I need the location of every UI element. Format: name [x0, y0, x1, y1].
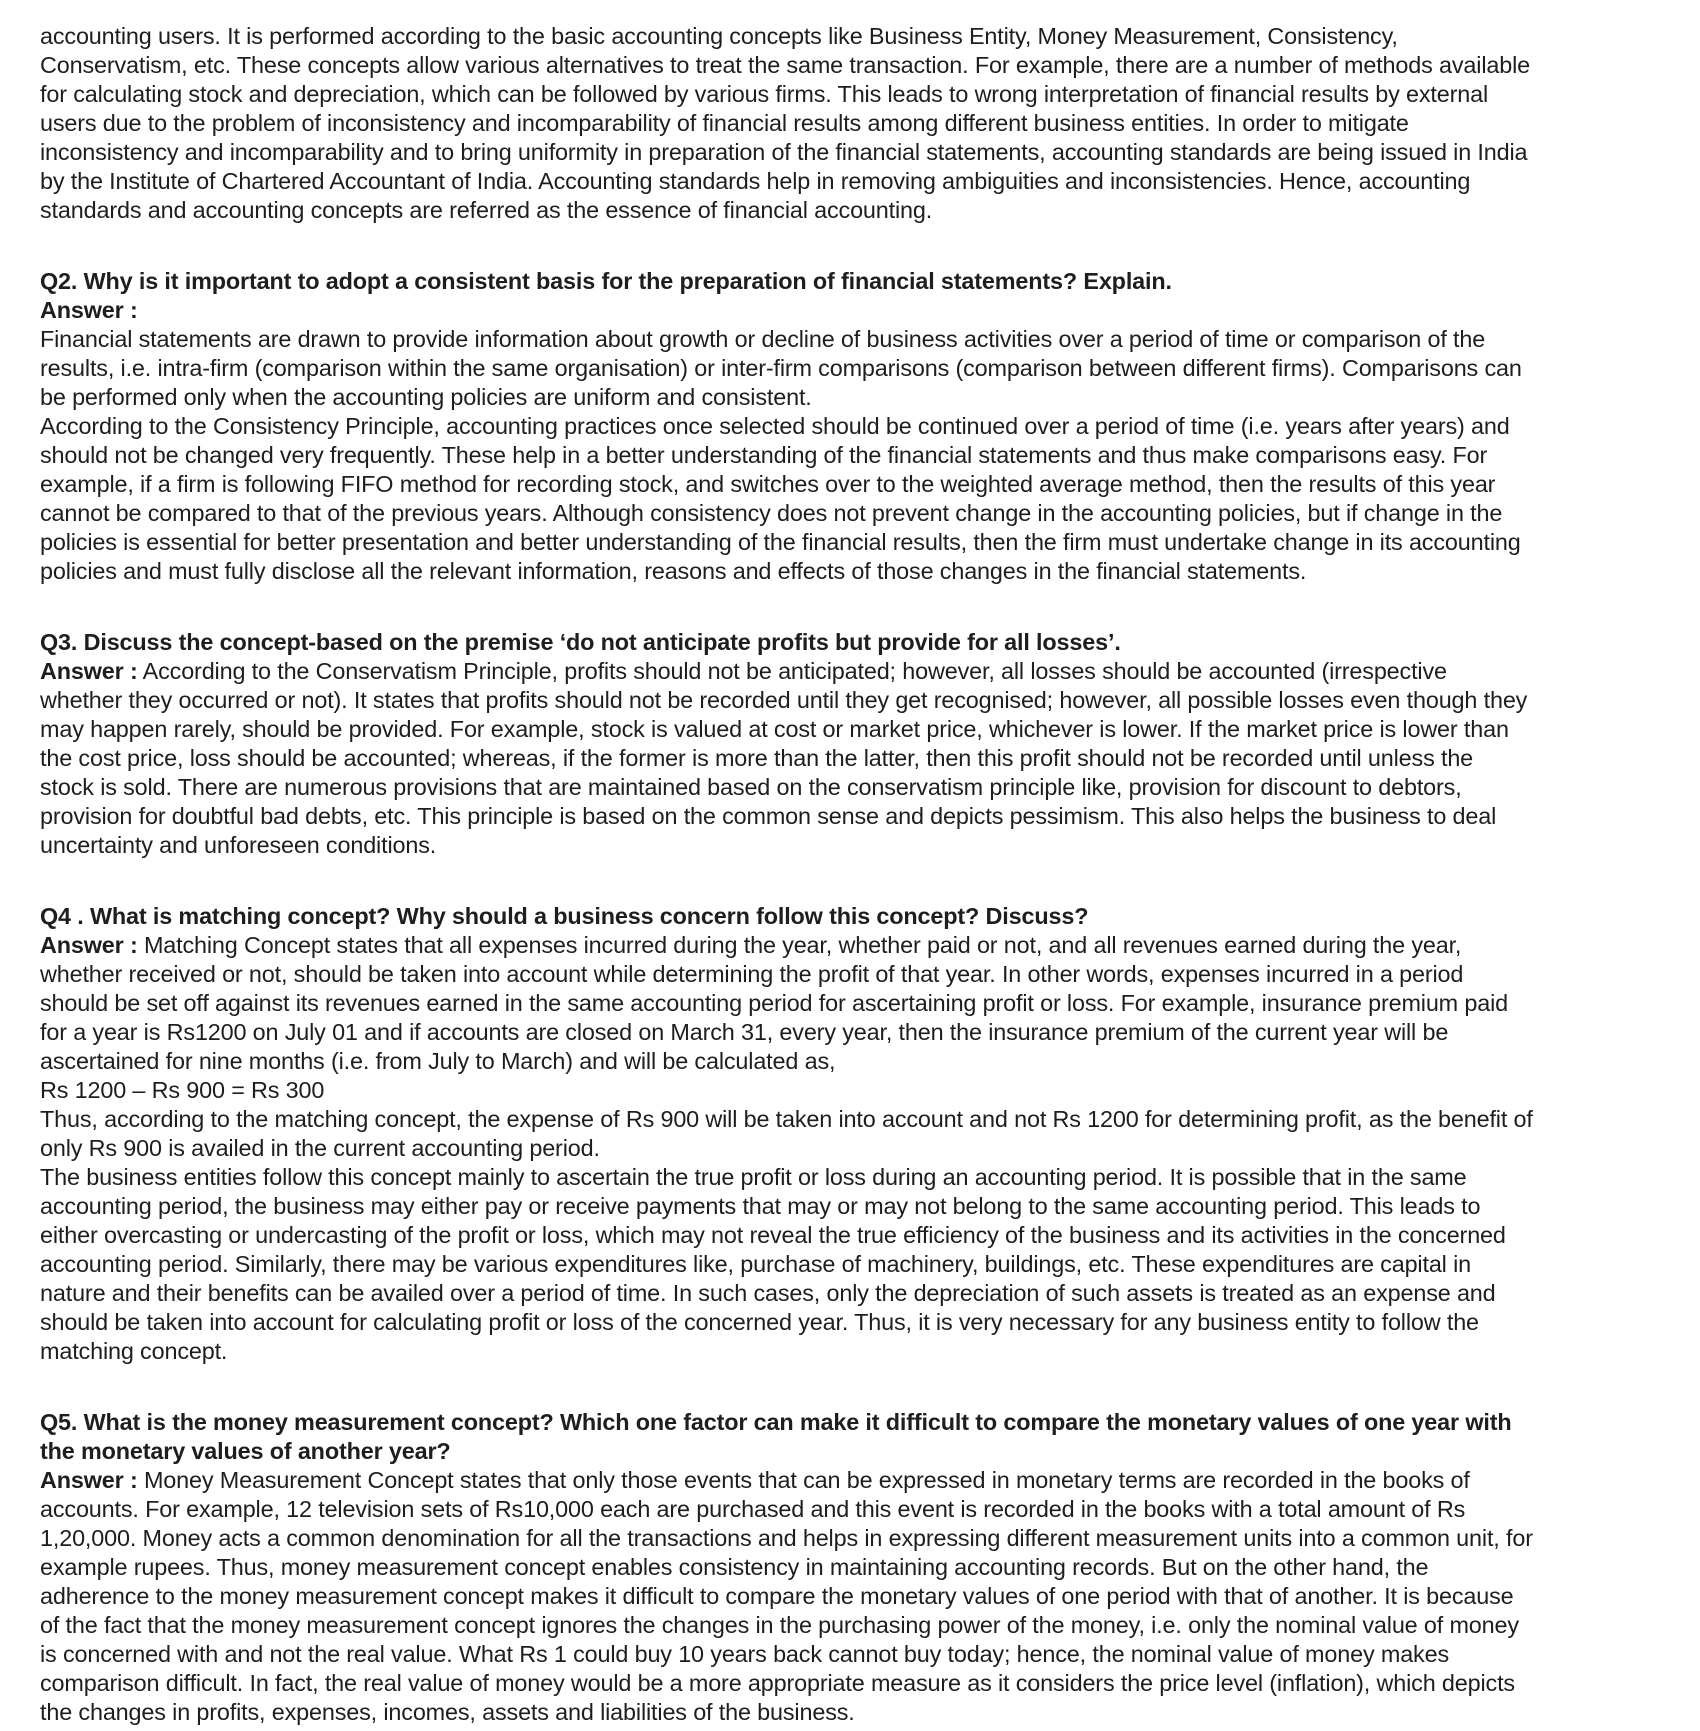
- question-4-heading: Q4 . What is matching concept? Why shoul…: [40, 902, 1680, 931]
- text-line: Conservatism, etc. These concepts allow …: [40, 51, 1680, 80]
- text-line: should be taken into account for calcula…: [40, 1308, 1680, 1337]
- text-line: the changes in profits, expenses, income…: [40, 1698, 1680, 1727]
- text-line: Thus, according to the matching concept,…: [40, 1105, 1680, 1134]
- question-5-heading: Q5. What is the money measurement concep…: [40, 1408, 1680, 1437]
- question-3-section: Q3. Discuss the concept-based on the pre…: [40, 628, 1680, 860]
- text-line: of the fact that the money measurement c…: [40, 1611, 1680, 1640]
- question-5-heading-cont: the monetary values of another year?: [40, 1437, 1680, 1466]
- answer-text: According to the Conservatism Principle,…: [138, 658, 1447, 684]
- text-line: accounts. For example, 12 television set…: [40, 1495, 1680, 1524]
- question-2-heading: Q2. Why is it important to adopt a consi…: [40, 267, 1680, 296]
- question-5-section: Q5. What is the money measurement concep…: [40, 1408, 1680, 1727]
- text-line: accounting users. It is performed accord…: [40, 22, 1680, 51]
- question-3-heading: Q3. Discuss the concept-based on the pre…: [40, 628, 1680, 657]
- text-line: may happen rarely, should be provided. F…: [40, 715, 1680, 744]
- text-line: matching concept.: [40, 1337, 1680, 1366]
- document-page: accounting users. It is performed accord…: [0, 0, 1680, 1727]
- text-line: users due to the problem of inconsistenc…: [40, 109, 1680, 138]
- text-line: accounting period, the business may eith…: [40, 1192, 1680, 1221]
- text-line: whether they occurred or not). It states…: [40, 686, 1680, 715]
- text-line: only Rs 900 is availed in the current ac…: [40, 1134, 1680, 1163]
- text-line: The business entities follow this concep…: [40, 1163, 1680, 1192]
- answer-first-line: Answer : Matching Concept states that al…: [40, 931, 1680, 960]
- text-line: uncertainty and unforeseen conditions.: [40, 831, 1680, 860]
- text-line: by the Institute of Chartered Accountant…: [40, 167, 1680, 196]
- text-line: comparison difficult. In fact, the real …: [40, 1669, 1680, 1698]
- text-line: results, i.e. intra-firm (comparison wit…: [40, 354, 1680, 383]
- text-line: is concerned with and not the real value…: [40, 1640, 1680, 1669]
- answer-text: Money Measurement Concept states that on…: [138, 1467, 1470, 1493]
- answer-label: Answer :: [40, 932, 138, 958]
- question-4-section: Q4 . What is matching concept? Why shoul…: [40, 902, 1680, 1366]
- answer-text: Matching Concept states that all expense…: [138, 932, 1462, 958]
- section-spacer: [40, 1366, 1680, 1408]
- answer-label: Answer :: [40, 1467, 138, 1493]
- answer-first-line: Answer : According to the Conservatism P…: [40, 657, 1680, 686]
- text-line: example rupees. Thus, money measurement …: [40, 1553, 1680, 1582]
- text-line: should be set off against its revenues e…: [40, 989, 1680, 1018]
- section-spacer: [40, 860, 1680, 902]
- text-line: should not be changed very frequently. T…: [40, 441, 1680, 470]
- text-line: accounting period. Similarly, there may …: [40, 1250, 1680, 1279]
- text-line: provision for doubtful bad debts, etc. T…: [40, 802, 1680, 831]
- text-line: adherence to the money measurement conce…: [40, 1582, 1680, 1611]
- text-line: cannot be compared to that of the previo…: [40, 499, 1680, 528]
- text-line: 1,20,000. Money acts a common denominati…: [40, 1524, 1680, 1553]
- text-line: nature and their benefits can be availed…: [40, 1279, 1680, 1308]
- text-line: According to the Consistency Principle, …: [40, 412, 1680, 441]
- text-line: be performed only when the accounting po…: [40, 383, 1680, 412]
- answer-label: Answer :: [40, 296, 1680, 325]
- text-line: policies is essential for better present…: [40, 528, 1680, 557]
- text-line: Financial statements are drawn to provid…: [40, 325, 1680, 354]
- text-line: for a year is Rs1200 on July 01 and if a…: [40, 1018, 1680, 1047]
- text-line: policies and must fully disclose all the…: [40, 557, 1680, 586]
- calculation-line: Rs 1200 – Rs 900 = Rs 300: [40, 1076, 1680, 1105]
- text-line: example, if a firm is following FIFO met…: [40, 470, 1680, 499]
- text-line: stock is sold. There are numerous provis…: [40, 773, 1680, 802]
- text-line: either overcasting or undercasting of th…: [40, 1221, 1680, 1250]
- text-line: standards and accounting concepts are re…: [40, 196, 1680, 225]
- answer-first-line: Answer : Money Measurement Concept state…: [40, 1466, 1680, 1495]
- question-2-section: Q2. Why is it important to adopt a consi…: [40, 267, 1680, 586]
- text-line: inconsistency and incomparability and to…: [40, 138, 1680, 167]
- answer-label: Answer :: [40, 658, 138, 684]
- text-line: for calculating stock and depreciation, …: [40, 80, 1680, 109]
- text-line: ascertained for nine months (i.e. from J…: [40, 1047, 1680, 1076]
- text-line: the cost price, loss should be accounted…: [40, 744, 1680, 773]
- text-line: whether received or not, should be taken…: [40, 960, 1680, 989]
- section-spacer: [40, 225, 1680, 267]
- section-spacer: [40, 586, 1680, 628]
- intro-paragraph: accounting users. It is performed accord…: [40, 22, 1680, 225]
